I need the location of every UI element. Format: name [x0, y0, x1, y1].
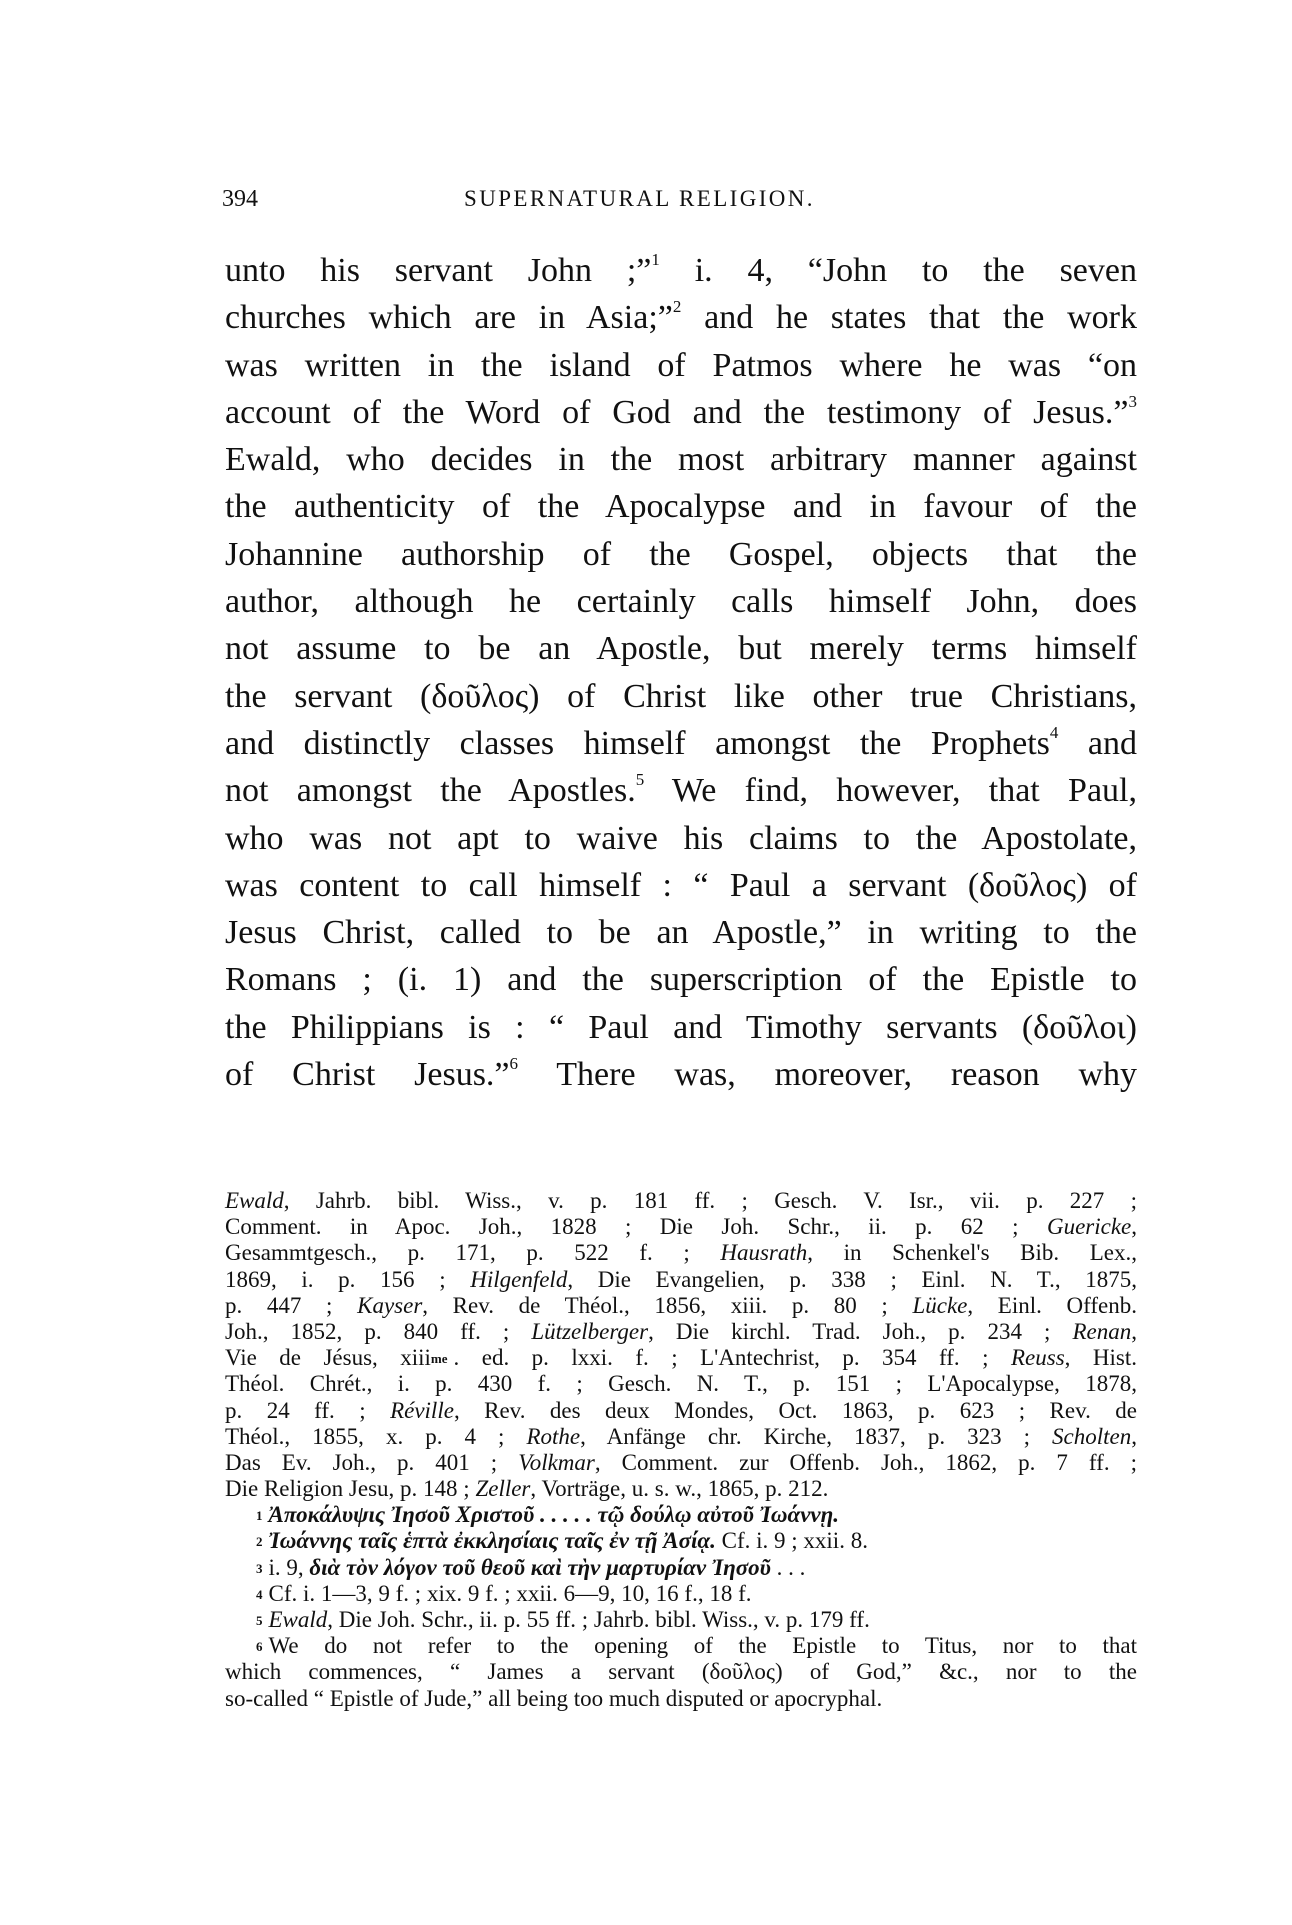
footnote-3: 3i. 9, διὰ τὸν λόγον τοῦ θεοῦ καὶ τὴν μα… — [225, 1555, 1137, 1581]
text-run: Cf. i. 9 ; xxii. 8. — [716, 1528, 868, 1553]
body-line: was content to call himself : “ Paul a s… — [225, 862, 1137, 909]
text-run: Jesus Christ, called to be an Apostle,” … — [225, 914, 1137, 951]
body-line: Romans ; (i. 1) and the superscription o… — [225, 956, 1137, 1003]
text-run: , Die Joh. Schr., ii. p. 55 ff. ; Jahrb.… — [327, 1607, 870, 1632]
footnote-reference: 3 — [1129, 392, 1138, 411]
body-line: not assume to be an Apostle, but merely … — [225, 625, 1137, 672]
italic-author-name: Kayser — [357, 1293, 422, 1318]
text-run: , — [1131, 1214, 1137, 1239]
italic-author-name: Ewald — [225, 1188, 284, 1213]
text-run: Romans ; (i. 1) and the superscription o… — [225, 961, 1137, 998]
greek-quotation: Ἀποκάλυψις Ἰησοῦ Χριστοῦ . . . . . τῷ δο… — [269, 1502, 840, 1527]
italic-author-name: Guericke — [1047, 1214, 1131, 1239]
running-head: 394 SUPERNATURAL RELIGION. — [222, 184, 1137, 214]
text-run: Vie de Jésus, xiii — [225, 1345, 431, 1370]
footnote-continuation-line: Théol. Chrét., i. p. 430 f. ; Gesch. N. … — [225, 1371, 1137, 1397]
text-run: , in Schenkel's Bib. Lex., — [807, 1240, 1137, 1265]
footnote-6: 6We do not refer to the opening of the E… — [225, 1633, 1137, 1659]
text-run: not assume to be an Apostle, but merely … — [225, 630, 1137, 667]
text-run: account of the Word of God and the testi… — [225, 394, 1129, 431]
footnote-continuation-line: Vie de Jésus, xiiime. ed. p. lxxi. f. ; … — [225, 1345, 1137, 1371]
italic-author-name: Scholten — [1052, 1424, 1131, 1449]
text-run: , Einl. Offenb. — [967, 1293, 1137, 1318]
footnote-number: 1 — [256, 1508, 263, 1523]
body-line: the authenticity of the Apocalypse and i… — [225, 483, 1137, 530]
footnote-reference: 5 — [636, 770, 645, 789]
body-line: and distinctly classes himself amongst t… — [225, 720, 1137, 767]
text-run: and he states that the work — [681, 299, 1137, 336]
text-run: who was not apt to waive his claims to t… — [225, 820, 1137, 857]
text-run: the authenticity of the Apocalypse and i… — [225, 488, 1137, 525]
footnote-continuation-line: p. 24 ff. ; Réville, Rev. des deux Monde… — [225, 1398, 1137, 1424]
footnote-6: so-called “ Epistle of Jude,” all being … — [225, 1686, 1137, 1712]
text-run: which commences, “ James a servant (δοῦλ… — [225, 1659, 1137, 1684]
text-run: , Anfänge chr. Kirche, 1837, p. 323 ; — [580, 1424, 1052, 1449]
body-line: who was not apt to waive his claims to t… — [225, 815, 1137, 862]
text-run: i. 4, “John to the seven — [660, 252, 1137, 289]
footnote-continuation-line: Joh., 1852, p. 840 ff. ; Lützelberger, D… — [225, 1319, 1137, 1345]
footnote-continuation-line: Ewald, Jahrb. bibl. Wiss., v. p. 181 ff.… — [225, 1188, 1137, 1214]
greek-quotation: Ἰωάννης ταῖς ἑπτὰ ἐκκλησίαις ταῖς ἐν τῇ … — [269, 1528, 716, 1553]
footnote-reference: 4 — [1050, 723, 1059, 742]
text-run: was content to call himself : “ Paul a s… — [225, 867, 1137, 904]
italic-author-name: Hilgenfeld — [470, 1267, 567, 1292]
italic-author-name: Volkmar — [518, 1450, 595, 1475]
footnote-continuation-line: Die Religion Jesu, p. 148 ; Zeller, Vort… — [225, 1476, 1137, 1502]
text-run: was written in the island of Patmos wher… — [225, 347, 1137, 384]
italic-author-name: Lützelberger — [531, 1319, 648, 1344]
text-run: of Christ Jesus.” — [225, 1056, 510, 1093]
footnote-5: 5Ewald, Die Joh. Schr., ii. p. 55 ff. ; … — [225, 1607, 1137, 1633]
footnote-number: 3 — [256, 1561, 263, 1576]
text-run: unto his servant John ;” — [225, 252, 651, 289]
italic-author-name: Zeller — [475, 1476, 530, 1501]
footnote-number: 6 — [256, 1639, 263, 1654]
footnote-reference: 1 — [651, 250, 660, 269]
text-run: . . . — [771, 1555, 806, 1580]
footnote-2: 2Ἰωάννης ταῖς ἑπτὰ ἐκκλησίαις ταῖς ἐν τῇ… — [225, 1528, 1137, 1554]
italic-author-name: Lücke — [912, 1293, 967, 1318]
text-run: Théol. Chrét., i. p. 430 f. ; Gesch. N. … — [225, 1371, 1137, 1396]
footnote-number: 5 — [256, 1613, 263, 1628]
text-run: , — [1131, 1319, 1137, 1344]
italic-author-name: Rothe — [526, 1424, 580, 1449]
book-page: 394 SUPERNATURAL RELIGION. unto his serv… — [0, 0, 1292, 1925]
footnote-4: 4Cf. i. 1—3, 9 f. ; xix. 9 f. ; xxii. 6—… — [225, 1581, 1137, 1607]
text-run: Das Ev. Joh., p. 401 ; — [225, 1450, 518, 1475]
running-title: SUPERNATURAL RELIGION. — [464, 184, 815, 214]
italic-author-name: Reuss — [1011, 1345, 1065, 1370]
footnote-reference: me — [431, 1351, 448, 1366]
text-run: , Jahrb. bibl. Wiss., v. p. 181 ff. ; Ge… — [284, 1188, 1137, 1213]
footnote-1: 1Ἀποκάλυψις Ἰησοῦ Χριστοῦ . . . . . τῷ δ… — [225, 1502, 1137, 1528]
text-run: We do not refer to the opening of the Ep… — [269, 1633, 1138, 1658]
text-run: , Comment. zur Offenb. Joh., 1862, p. 7 … — [595, 1450, 1137, 1475]
text-run: Comment. in Apoc. Joh., 1828 ; Die Joh. … — [225, 1214, 1047, 1239]
footnote-continuation-line: Théol., 1855, x. p. 4 ; Rothe, Anfänge c… — [225, 1424, 1137, 1450]
text-run: and — [1058, 725, 1137, 762]
italic-author-name: Renan — [1073, 1319, 1132, 1344]
body-line: of Christ Jesus.”6 There was, moreover, … — [225, 1051, 1137, 1098]
footnote-number: 4 — [256, 1587, 263, 1602]
text-run: Gesammtgesch., p. 171, p. 522 f. ; — [225, 1240, 720, 1265]
text-run: i. 9, — [269, 1555, 310, 1580]
text-run: , Vorträge, u. s. w., 1865, p. 212. — [530, 1476, 828, 1501]
footnote-6: which commences, “ James a servant (δοῦλ… — [225, 1659, 1137, 1685]
footnote-continuation-line: Das Ev. Joh., p. 401 ; Volkmar, Comment.… — [225, 1450, 1137, 1476]
text-run: the Philippians is : “ Paul and Timothy … — [225, 1009, 1137, 1046]
text-run: , Rev. de Théol., 1856, xiii. p. 80 ; — [422, 1293, 912, 1318]
footnote-continuation-line: p. 447 ; Kayser, Rev. de Théol., 1856, x… — [225, 1293, 1137, 1319]
text-run: , Rev. des deux Mondes, Oct. 1863, p. 62… — [454, 1398, 1137, 1423]
text-run: Johannine authorship of the Gospel, obje… — [225, 536, 1137, 573]
body-line: Ewald, who decides in the most arbitrary… — [225, 436, 1137, 483]
text-run: not amongst the Apostles. — [225, 772, 636, 809]
body-line: the Philippians is : “ Paul and Timothy … — [225, 1004, 1137, 1051]
italic-author-name: Hausrath — [720, 1240, 807, 1265]
text-run: We find, however, that Paul, — [644, 772, 1137, 809]
footnote-reference: 6 — [510, 1054, 519, 1073]
body-line: the servant (δοῦλος) of Christ like othe… — [225, 673, 1137, 720]
body-line: account of the Word of God and the testi… — [225, 389, 1137, 436]
body-line: was written in the island of Patmos wher… — [225, 342, 1137, 389]
text-run: 1869, i. p. 156 ; — [225, 1267, 470, 1292]
body-line: author, although he certainly calls hims… — [225, 578, 1137, 625]
text-run: , Hist. — [1065, 1345, 1137, 1370]
text-run: and distinctly classes himself amongst t… — [225, 725, 1050, 762]
footnote-continuation-line: Gesammtgesch., p. 171, p. 522 f. ; Hausr… — [225, 1240, 1137, 1266]
text-run: Joh., 1852, p. 840 ff. ; — [225, 1319, 531, 1344]
body-line: Johannine authorship of the Gospel, obje… — [225, 531, 1137, 578]
text-run: the servant (δοῦλος) of Christ like othe… — [225, 678, 1137, 715]
text-run: author, although he certainly calls hims… — [225, 583, 1137, 620]
text-run: churches which are in Asia;” — [225, 299, 673, 336]
text-run: Die Religion Jesu, p. 148 ; — [225, 1476, 475, 1501]
footnotes: Ewald, Jahrb. bibl. Wiss., v. p. 181 ff.… — [225, 1188, 1137, 1712]
text-run: , — [1131, 1424, 1137, 1449]
greek-quotation: διὰ τὸν λόγον τοῦ θεοῦ καὶ τὴν μαρτυρίαν… — [309, 1555, 770, 1580]
body-line: churches which are in Asia;”2 and he sta… — [225, 294, 1137, 341]
body-line: Jesus Christ, called to be an Apostle,” … — [225, 909, 1137, 956]
footnote-reference: 2 — [673, 297, 682, 316]
italic-author-name: Ewald — [269, 1607, 328, 1632]
text-run: , Die kirchl. Trad. Joh., p. 234 ; — [648, 1319, 1072, 1344]
body-line: unto his servant John ;”1 i. 4, “John to… — [225, 247, 1137, 294]
text-run: p. 447 ; — [225, 1293, 357, 1318]
text-run: Ewald, who decides in the most arbitrary… — [225, 441, 1137, 478]
footnote-continuation-line: Comment. in Apoc. Joh., 1828 ; Die Joh. … — [225, 1214, 1137, 1240]
text-run: so-called “ Epistle of Jude,” all being … — [225, 1686, 882, 1711]
body-text: unto his servant John ;”1 i. 4, “John to… — [225, 247, 1137, 1098]
italic-author-name: Réville — [390, 1398, 454, 1423]
page-number: 394 — [222, 184, 258, 214]
text-run: . ed. p. lxxi. f. ; L'Antechrist, p. 354… — [454, 1345, 1011, 1370]
text-run: , Die Evangelien, p. 338 ; Einl. N. T., … — [567, 1267, 1137, 1292]
text-run: Théol., 1855, x. p. 4 ; — [225, 1424, 526, 1449]
text-run: There was, moreover, reason why — [518, 1056, 1137, 1093]
footnote-continuation-line: 1869, i. p. 156 ; Hilgenfeld, Die Evange… — [225, 1267, 1137, 1293]
body-line: not amongst the Apostles.5 We find, howe… — [225, 767, 1137, 814]
text-run: p. 24 ff. ; — [225, 1398, 390, 1423]
text-run: Cf. i. 1—3, 9 f. ; xix. 9 f. ; xxii. 6—9… — [269, 1581, 752, 1606]
footnote-number: 2 — [256, 1534, 263, 1549]
